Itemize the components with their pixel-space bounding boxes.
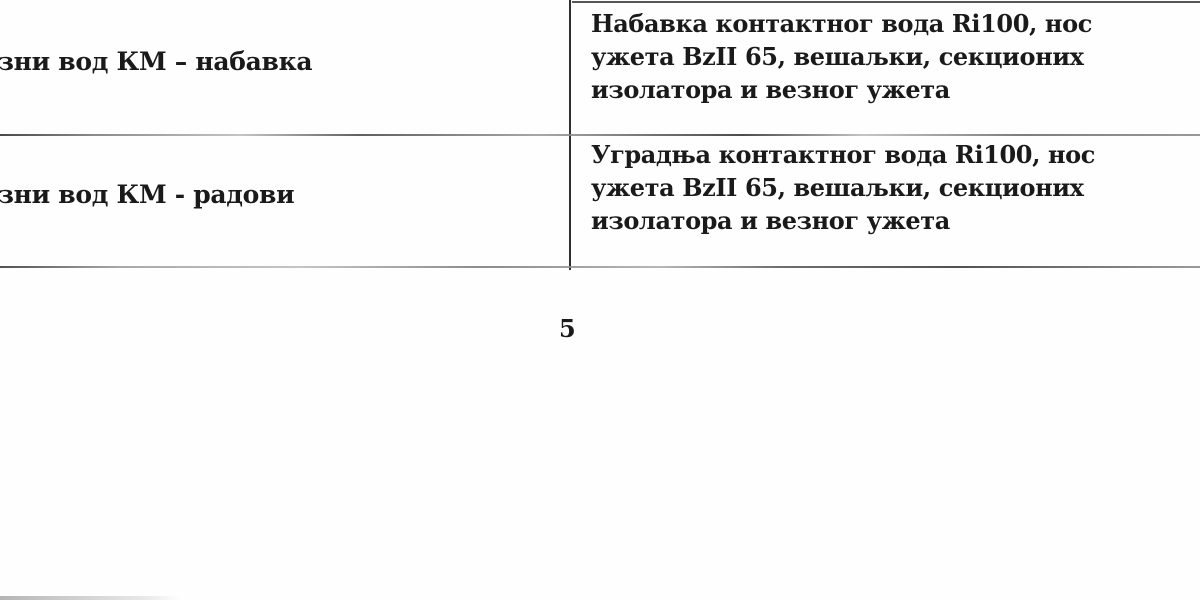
- table-cell-description-works: Уградња контактног вода Ri100, нос ужета…: [591, 138, 1200, 237]
- description-line: ужета BzII 65, вешаљки, секционих: [591, 171, 1200, 204]
- scan-edge-shadow: [0, 596, 180, 600]
- table-cell-description-procurement: Набавка контактног вода Ri100, нос ужета…: [591, 7, 1200, 106]
- table-cell-item-works: зни вод КМ - радови: [0, 180, 294, 209]
- scanned-document-page: зни вод КМ – набавка Набавка контактног …: [0, 0, 1200, 600]
- description-line: изолатора и везног ужета: [591, 73, 1200, 106]
- table-cell-item-procurement: зни вод КМ – набавка: [0, 47, 312, 76]
- description-line: Набавка контактног вода Ri100, нос: [591, 7, 1200, 40]
- table-top-border: [572, 1, 1200, 3]
- table-row-divider: [0, 134, 1200, 136]
- table-bottom-border: [0, 266, 1200, 268]
- description-line: ужета BzII 65, вешаљки, секционих: [591, 40, 1200, 73]
- description-line: Уградња контактног вода Ri100, нос: [591, 138, 1200, 171]
- description-line: изолатора и везног ужета: [591, 204, 1200, 237]
- page-number: 5: [559, 314, 576, 343]
